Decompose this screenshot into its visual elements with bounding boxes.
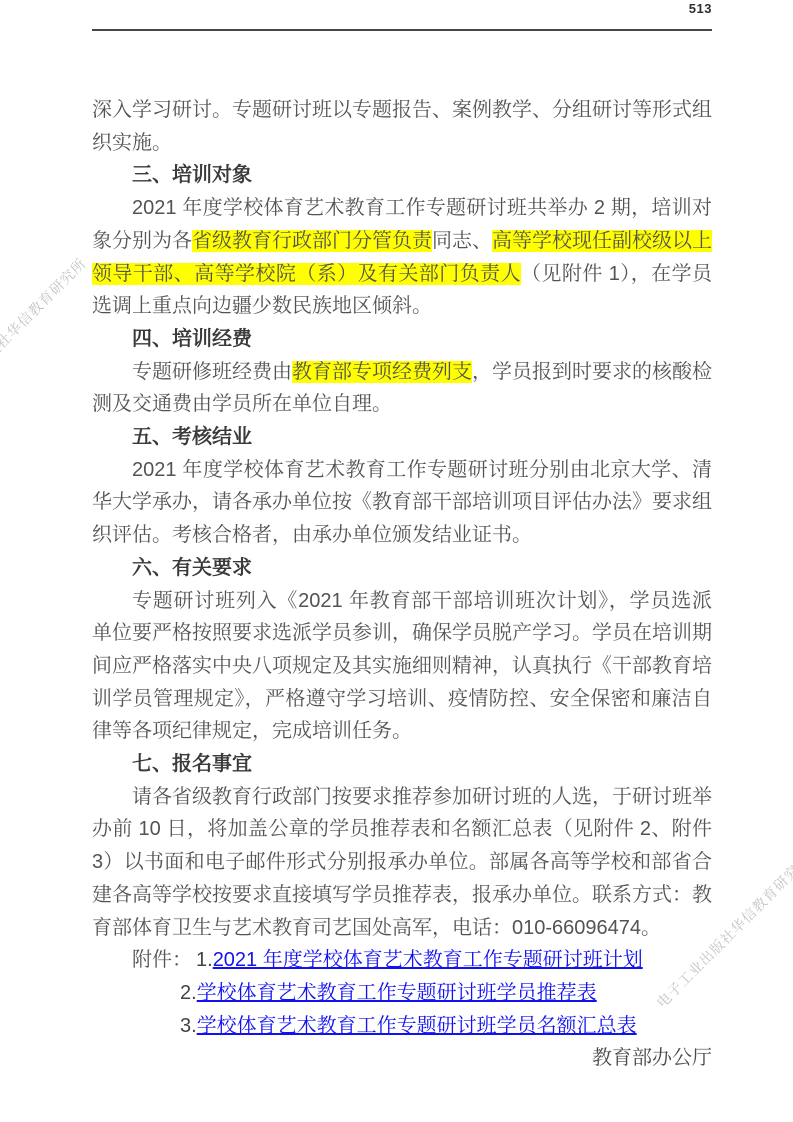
document-body: 深入学习研讨。专题研讨班以专题报告、案例教学、分组研讨等形式组织实施。 三、培训… xyxy=(92,94,712,1075)
attachment-row: 2.学校体育艺术教育工作专题研讨班学员推荐表 xyxy=(92,977,712,1010)
paragraph-training-targets: 2021 年度学校体育艺术教育工作专题研讨班共举办 2 期，培训对象分别为各省级… xyxy=(92,192,712,323)
header-rule xyxy=(92,29,712,31)
paragraph-text: 2021 年度学校体育艺术教育工作专题研讨班分别由北京大学、清华大学承办，请各承… xyxy=(92,459,712,546)
paragraph-requirements: 专题研讨班列入《2021 年教育部干部培训班次计划》，学员选派单位要严格按照要求… xyxy=(92,585,712,749)
document-page: 513 电子工业出版社华信教育研究所 电子工业出版社华信教育研究所 深入学习研讨… xyxy=(0,0,793,1122)
attachment-link-1[interactable]: 2021 年度学校体育艺术教育工作专题研讨班计划 xyxy=(213,949,643,971)
attachment-link-3[interactable]: 学校体育艺术教育工作专题研讨班学员名额汇总表 xyxy=(197,1015,637,1037)
attachment-number: 2. xyxy=(180,982,197,1004)
attachment-number: 3. xyxy=(180,1015,197,1037)
paragraph-training-funds: 专题研修班经费由教育部专项经费列支，学员报到时要求的核酸检测及交通费由学员所在单… xyxy=(92,356,712,421)
highlighted-text: 教育部专项经费列支 xyxy=(292,361,472,383)
section-heading-training-targets: 三、培训对象 xyxy=(92,159,712,192)
page-number: 513 xyxy=(689,1,712,16)
section-heading-assessment: 五、考核结业 xyxy=(92,421,712,454)
paragraph-assessment: 2021 年度学校体育艺术教育工作专题研讨班分别由北京大学、清华大学承办，请各承… xyxy=(92,454,712,552)
section-heading-requirements: 六、有关要求 xyxy=(92,552,712,585)
attachment-row: 3.学校体育艺术教育工作专题研讨班学员名额汇总表 xyxy=(92,1010,712,1043)
signature: 教育部办公厅 xyxy=(92,1042,712,1075)
paragraph-text: 同志、 xyxy=(432,230,492,252)
highlighted-text: 省级教育行政部门分管负责 xyxy=(192,230,432,252)
paragraph-text: 请各省级教育行政部门按要求推荐参加研讨班的人选，于研讨班举办前 10 日，将加盖… xyxy=(92,786,712,939)
watermark-left: 电子工业出版社华信教育研究所 xyxy=(0,254,91,417)
paragraph-registration: 请各省级教育行政部门按要求推荐参加研讨班的人选，于研讨班举办前 10 日，将加盖… xyxy=(92,781,712,945)
section-heading-registration: 七、报名事宜 xyxy=(92,748,712,781)
attachment-number: 1. xyxy=(192,949,213,971)
paragraph-text: 深入学习研讨。专题研讨班以专题报告、案例教学、分组研讨等形式组织实施。 xyxy=(92,99,712,154)
attachments-label: 附件： xyxy=(132,949,192,971)
paragraph-text: 专题研讨班列入《2021 年教育部干部培训班次计划》，学员选派单位要严格按照要求… xyxy=(92,590,712,743)
attachment-row: 附件：1.2021 年度学校体育艺术教育工作专题研讨班计划 xyxy=(92,944,712,977)
paragraph-text: 专题研修班经费由 xyxy=(132,361,292,383)
attachments-list: 附件：1.2021 年度学校体育艺术教育工作专题研讨班计划 2.学校体育艺术教育… xyxy=(92,944,712,1042)
section-heading-training-funds: 四、培训经费 xyxy=(92,323,712,356)
attachment-link-2[interactable]: 学校体育艺术教育工作专题研讨班学员推荐表 xyxy=(197,982,597,1004)
paragraph-intro-continuation: 深入学习研讨。专题研讨班以专题报告、案例教学、分组研讨等形式组织实施。 xyxy=(92,94,712,159)
